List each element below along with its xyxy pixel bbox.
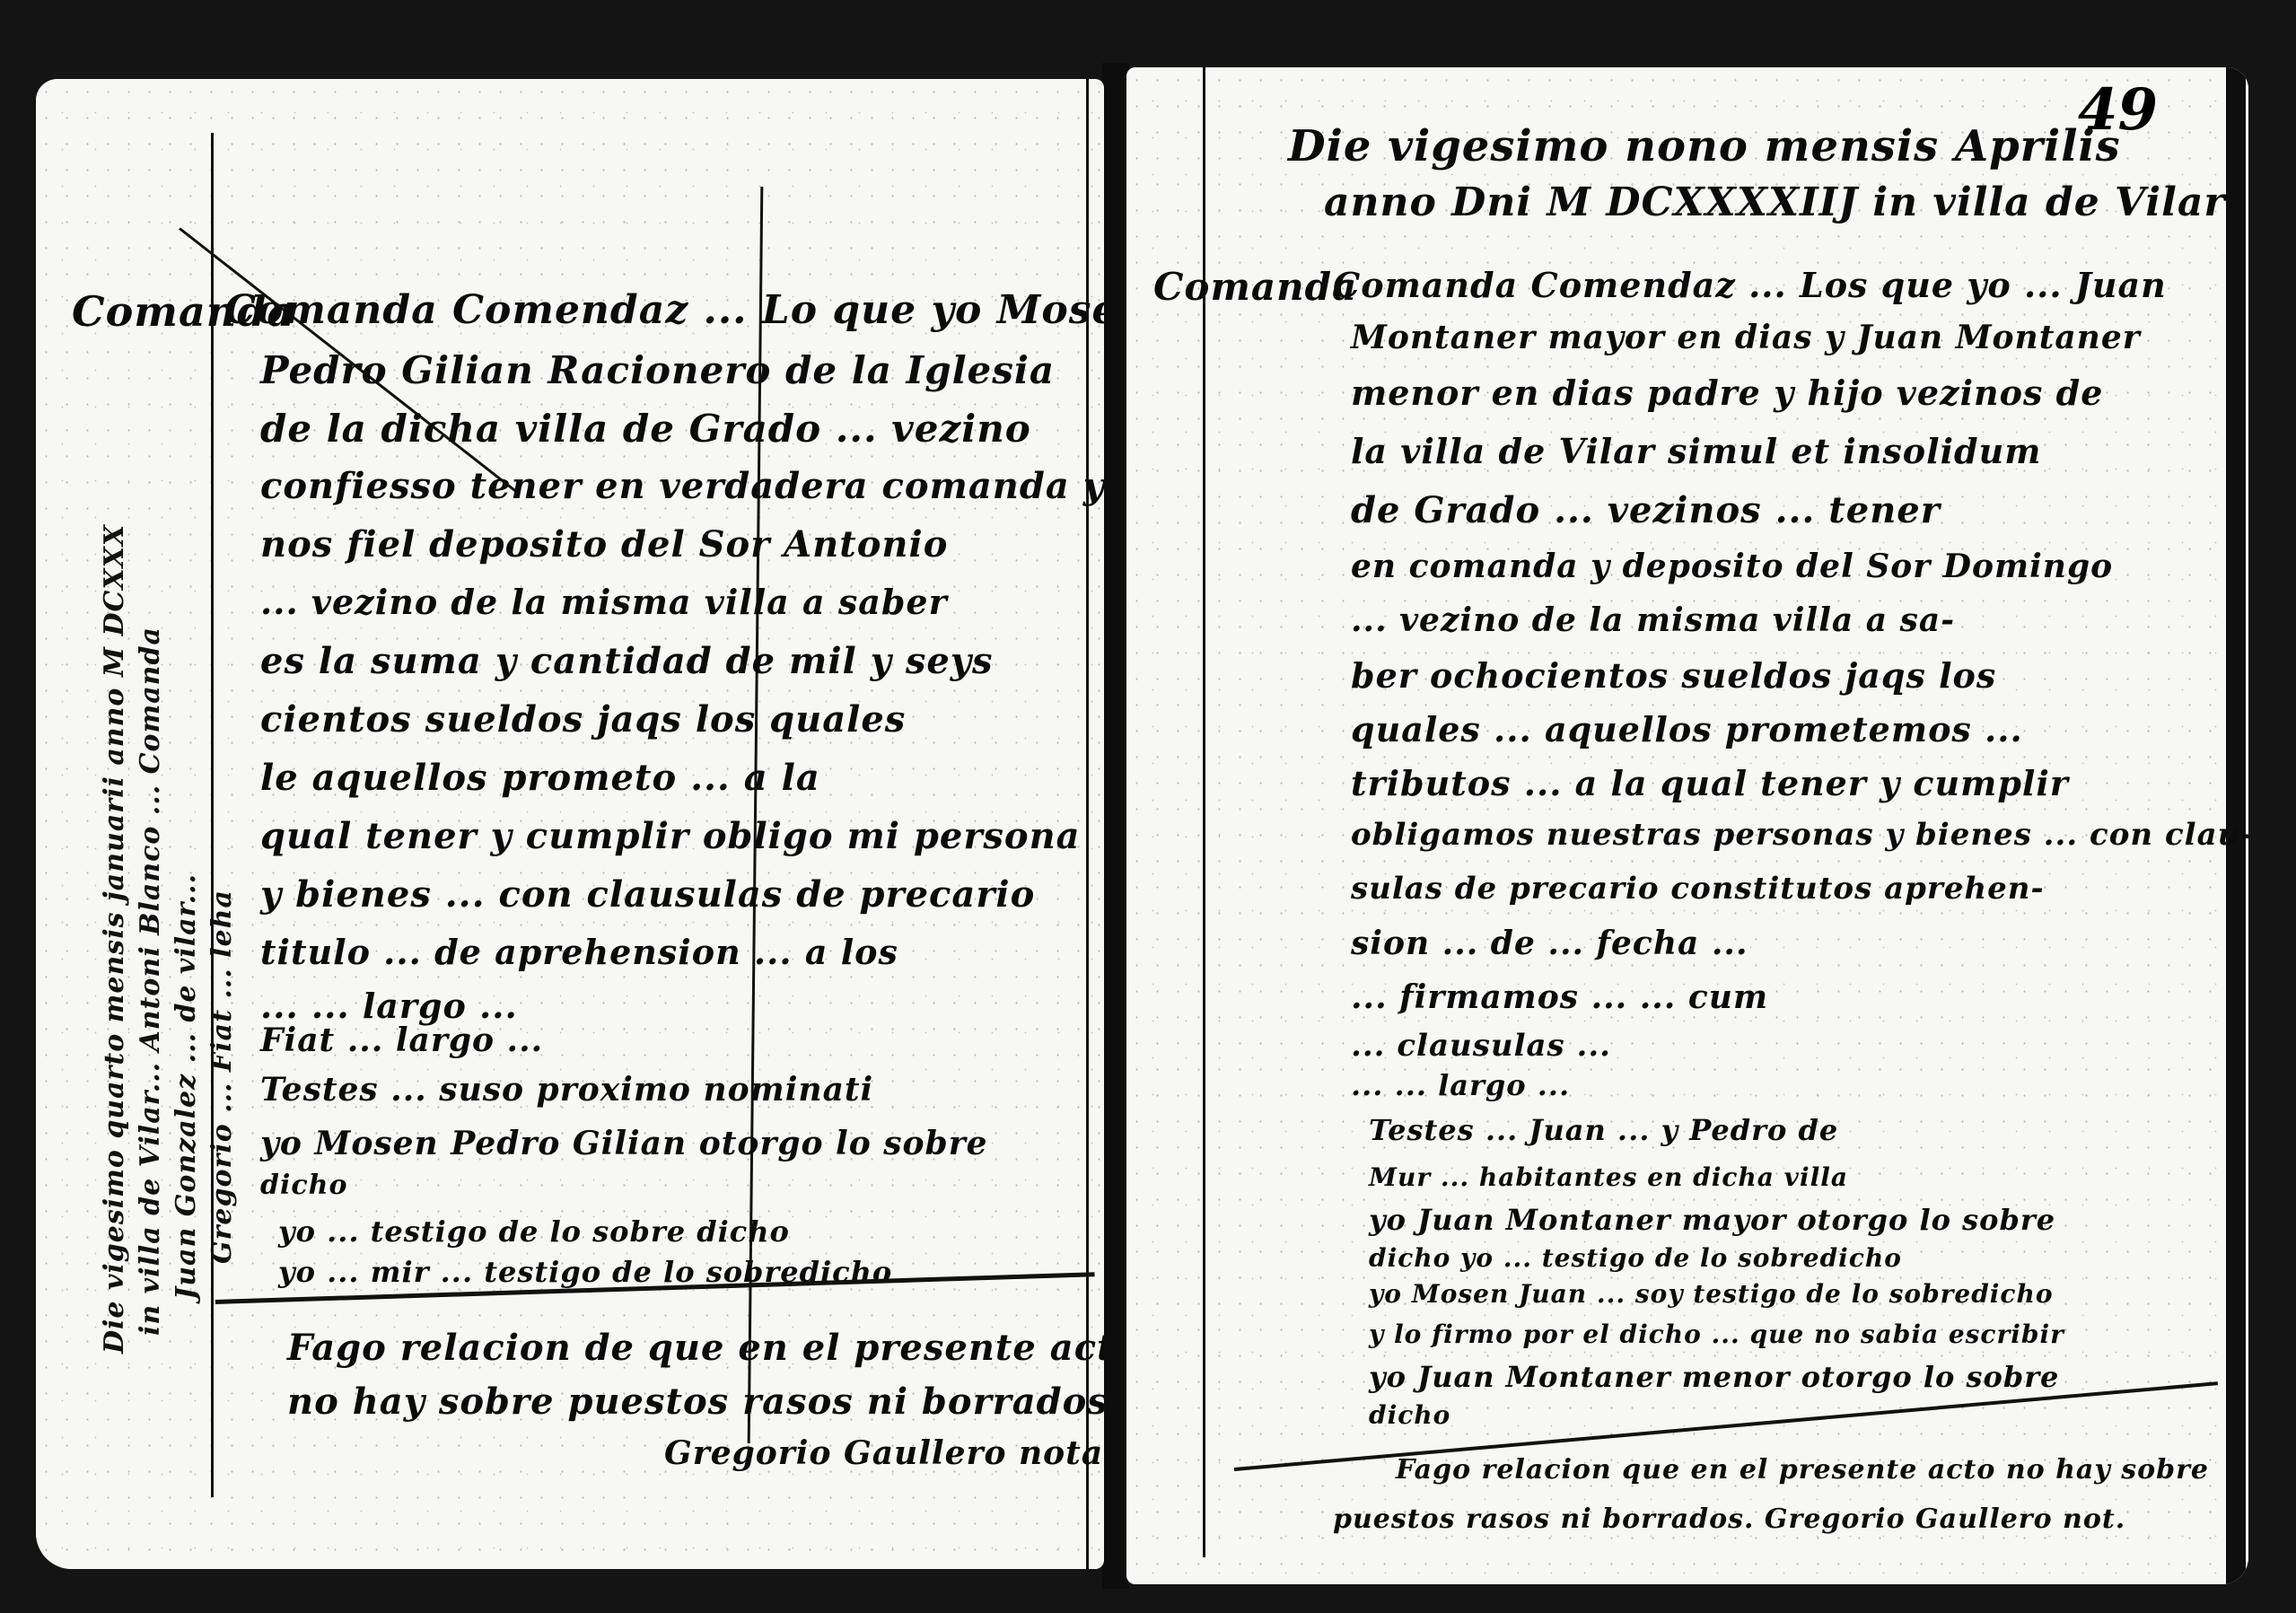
body-line: quales ... aquellos prometemos ... (1351, 709, 2023, 750)
body-line: ... firmamos ... ... cum (1351, 978, 1768, 1016)
body-line: ... ... largo ... (1351, 1068, 1570, 1102)
body-line: ber ochocientos sueldos jaqs los (1351, 655, 1996, 696)
body-line: dicho (1369, 1400, 1450, 1430)
body-line: ... vezino de la misma villa a saber (260, 582, 948, 622)
body-line: nos fiel deposito del Sor Antonio (260, 523, 948, 565)
body-line: Comanda Comendaz ... Lo que yo Mosen (224, 287, 1104, 333)
notary-signature: Gregorio Gaullero notario (664, 1434, 1104, 1472)
body-line: ... vezino de la misma villa a sa- (1351, 601, 1955, 639)
body-line: Comanda Comendaz ... Los que yo ... Juan (1333, 265, 2167, 305)
body-line: y bienes ... con clausulas de precario (260, 873, 1035, 916)
left-page: Die vigesimo quarto mensis januarii anno… (36, 79, 1104, 1569)
body-line: sulas de precario constitutos aprehen- (1351, 871, 2045, 907)
closing-line: no hay sobre puestos rasos ni borrados (287, 1381, 1104, 1423)
body-line: Testes ... Juan ... y Pedro de (1369, 1113, 1838, 1147)
body-line: Testes ... suso proximo nominati (260, 1071, 873, 1109)
body-line: Pedro Gilian Racionero de la Iglesia (260, 348, 1055, 392)
body-line: sion ... de ... fecha ... (1351, 925, 1748, 962)
body-line: menor en dias padre y hijo vezinos de (1351, 373, 2103, 413)
body-line: Fiat ... largo ... (260, 1021, 543, 1059)
closing-line: Fago relacion que en el presente acto no… (1396, 1454, 2209, 1486)
closing-line: puestos rasos ni borrados. Gregorio Gaul… (1333, 1503, 2125, 1535)
body-line: es la suma y cantidad de mil y seys (260, 640, 994, 682)
margin-note: Gregorio ... Fiat ... leha (206, 890, 238, 1264)
margin-note: Die vigesimo quarto mensis januarii anno… (99, 524, 130, 1354)
body-line: titulo ... de aprehension ... a los (260, 932, 898, 972)
body-line: yo Juan Montaner mayor otorgo lo sobre (1369, 1203, 2055, 1237)
body-line: Montaner mayor en dias y Juan Montaner (1351, 319, 2141, 356)
margin-rule (211, 133, 214, 1497)
header-line: anno Dni M DCXXXXIIJ in villa de Vilar (1324, 180, 2226, 225)
body-line: dicho yo ... testigo de lo sobredicho (1369, 1243, 1902, 1273)
body-line: ... ... largo ... (260, 986, 518, 1026)
body-line: yo Mosen Pedro Gilian otorgo lo sobre (260, 1125, 988, 1162)
body-line: yo Mosen Juan ... soy testigo de lo sobr… (1369, 1279, 2054, 1309)
right-page: 49 Die vigesimo nono mensis Aprilis anno… (1126, 67, 2248, 1584)
book-gutter (1102, 63, 1129, 1589)
body-line: Mur ... habitantes en dicha villa (1369, 1162, 1848, 1192)
witness-line: yo ... testigo de lo sobre dicho (278, 1214, 790, 1249)
header-line: Die vigesimo nono mensis Aprilis (1288, 121, 2121, 171)
body-line: en comanda y deposito del Sor Domingo (1351, 548, 2113, 585)
margin-note: Juan Gonzalez ... de vilar... (171, 873, 202, 1300)
body-line: de la dicha villa de Grado ... vezino (260, 407, 1031, 451)
body-line: qual tener y cumplir obligo mi persona (260, 815, 1081, 857)
body-line: dicho (260, 1170, 347, 1201)
body-line: cientos sueldos jaqs los quales (260, 698, 906, 741)
body-line: confiesso tener en verdadera comanda y c… (260, 465, 1104, 507)
body-line: yo Juan Montaner menor otorgo lo sobre (1369, 1360, 2059, 1394)
margin-label: Comanda (1153, 265, 1357, 309)
body-line: tributos ... a la qual tener y cumplir (1351, 763, 2069, 803)
body-line: y lo firmo por el dicho ... que no sabia… (1369, 1319, 2064, 1349)
margin-note: in villa de Vilar... Antoni Blanco ... C… (135, 627, 166, 1336)
closing-line: Fago relacion de que en el presente acto (287, 1327, 1104, 1369)
body-line: la villa de Vilar simul et insolidum (1351, 431, 2041, 471)
body-line: le aquellos prometo ... a la (260, 757, 820, 799)
body-line: ... clausulas ... (1351, 1028, 1611, 1064)
body-line: de Grado ... vezinos ... tener (1351, 489, 1941, 531)
body-line: obligamos nuestras personas y bienes ...… (1351, 817, 2248, 853)
